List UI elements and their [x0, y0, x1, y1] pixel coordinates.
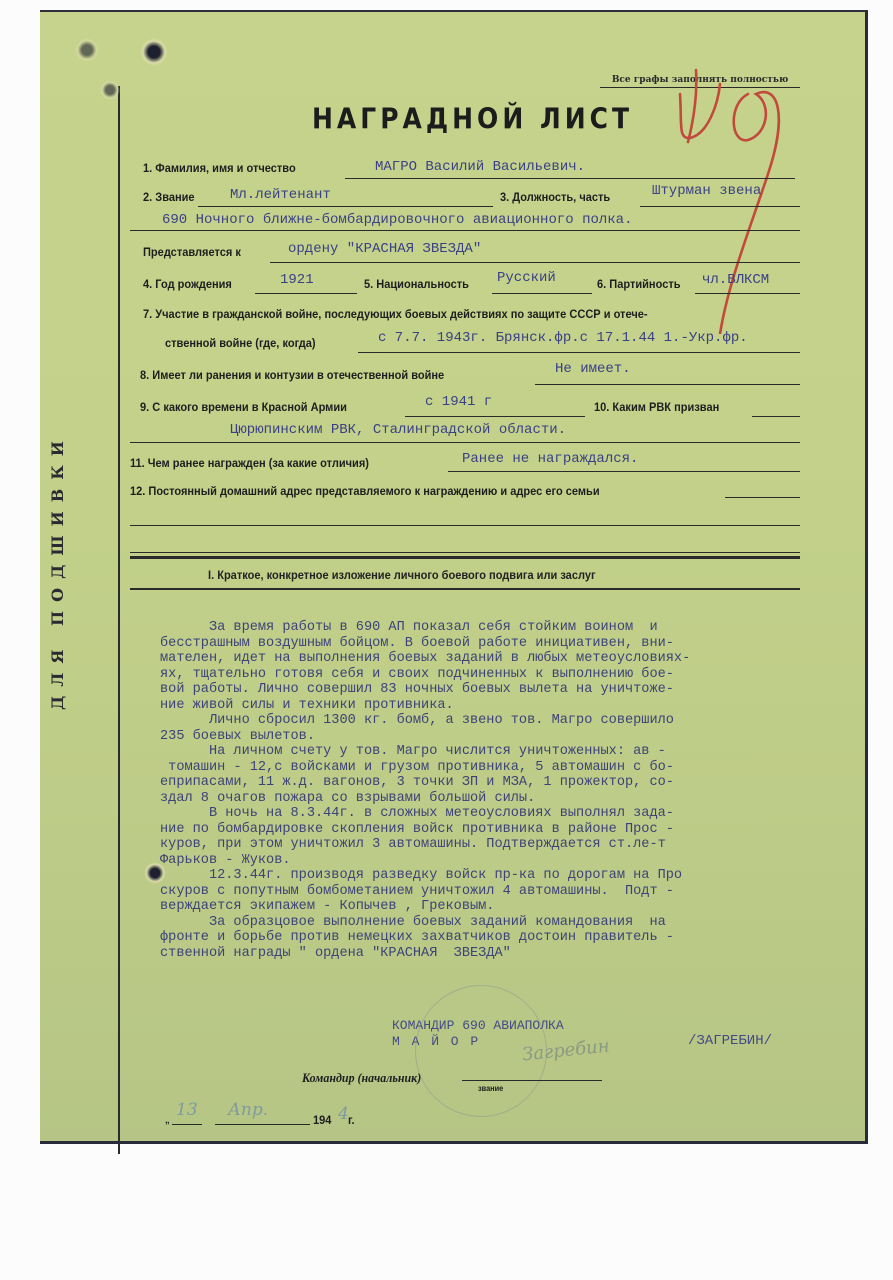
date-day-line	[172, 1124, 202, 1125]
punch-hole	[75, 38, 99, 62]
field-11-line	[448, 471, 800, 472]
date-month: Апр.	[228, 1100, 268, 1120]
field-12-line-2	[130, 525, 800, 526]
narrative-line: бесстрашным воздушным бойцом. В боевой р…	[160, 636, 850, 652]
narrative-line: 12.3.44г. производя разведку войск пр-ка…	[160, 868, 850, 884]
commander-line	[462, 1080, 602, 1081]
field-7-value: с 7.7. 1943г. Брянск.фр.с 17.1.44 1.-Укр…	[378, 330, 748, 346]
field-11-label: 11. Чем ранее награжден (за какие отличи…	[130, 456, 369, 470]
field-4-label: 4. Год рождения	[143, 277, 232, 291]
narrative-line: ние по бомбардировке скопления войск про…	[160, 822, 850, 838]
narrative-line: Лично сбросил 1300 кг. бомб, а звено тов…	[160, 713, 850, 729]
narrative-line: Фарьков - Жуков.	[160, 853, 850, 869]
narrative-line: ственной награды " ордена "КРАСНАЯ ЗВЕЗД…	[160, 946, 850, 962]
commander-label: Командир (начальник)	[302, 1070, 421, 1086]
field-12-label: 12. Постоянный домашний адрес представля…	[130, 484, 600, 498]
field-3-line	[640, 206, 800, 207]
date-month-line	[215, 1124, 310, 1125]
field-3-label: 3. Должность, часть	[500, 190, 610, 204]
narrative-line: ях, тщательно готовя себя и своих подчин…	[160, 667, 850, 683]
section-1-heading: I. Краткое, конкретное изложение личного…	[208, 568, 596, 582]
field-8-value: Не имеет.	[555, 361, 631, 377]
nominated-line	[270, 262, 800, 263]
narrative-line: За образцовое выполнение боевых заданий …	[160, 915, 850, 931]
narrative-line: вой работы. Лично совершил 83 ночных бое…	[160, 682, 850, 698]
field-2-value: Мл.лейтенант	[230, 187, 331, 203]
field-3-line-2	[130, 230, 800, 231]
field-4-value: 1921	[280, 272, 314, 288]
field-9-label: 9. С какого времени в Красной Армии	[140, 400, 347, 414]
field-2-label: 2. Звание	[143, 190, 195, 204]
field-9-line	[405, 416, 585, 417]
field-5-line	[492, 293, 592, 294]
binding-margin-label: ДЛЯ ПОДШИВКИ	[48, 432, 67, 710]
narrative-line: мателен, идет на выполнения боевых задан…	[160, 651, 850, 667]
field-5-value: Русский	[497, 270, 556, 286]
narrative-line: здал 8 очагов пожара со взрывами большой…	[160, 791, 850, 807]
field-11-value: Ранее не награждался.	[462, 451, 638, 467]
date-day: 13	[176, 1100, 198, 1120]
narrative-line: фронте и борьбе против немецких захватчи…	[160, 930, 850, 946]
field-1-line	[345, 178, 795, 179]
field-6-line	[695, 293, 800, 294]
nominated-label: Представляется к	[143, 245, 241, 259]
field-1-value: МАГРО Василий Васильевич.	[375, 159, 585, 175]
date-year-prefix: 194	[313, 1113, 331, 1127]
nominated-value: ордену "КРАСНАЯ ЗВЕЗДА"	[288, 241, 481, 257]
field-1-label: 1. Фамилия, имя и отчество	[143, 161, 296, 175]
field-10-label: 10. Каким РВК призван	[594, 400, 719, 414]
date-year-unit: г.	[348, 1113, 355, 1127]
commander-name: /ЗАГРЕБИН/	[688, 1033, 772, 1049]
field-7-line	[358, 352, 800, 353]
narrative-line: За время работы в 690 АП показал себя ст…	[160, 620, 850, 636]
field-12-line	[725, 497, 800, 498]
field-12-line-3	[130, 552, 800, 553]
field-9-value: с 1941 г	[425, 394, 492, 410]
field-5-label: 5. Национальность	[364, 277, 469, 291]
field-7-label-line2: ственной войне (где, когда)	[165, 336, 316, 350]
section-1-narrative: За время работы в 690 АП показал себя ст…	[160, 620, 850, 961]
field-3-value: Штурман звена	[652, 183, 761, 199]
narrative-line: На личном счету у тов. Магро числится ун…	[160, 744, 850, 760]
narrative-line: В ночь на 8.3.44г. в сложных метеоуслови…	[160, 806, 850, 822]
field-8-label: 8. Имеет ли ранения и контузии в отечест…	[140, 368, 444, 382]
rank-caption: звание	[478, 1084, 503, 1093]
field-6-value: чл.ВЛКСМ	[702, 272, 769, 288]
field-4-line	[255, 293, 357, 294]
field-8-line	[535, 384, 800, 385]
date-quote-open: „	[165, 1115, 170, 1126]
field-6-label: 6. Партийность	[597, 277, 681, 291]
narrative-line: верждается экипажем - Копычев , Грековым…	[160, 899, 850, 915]
narrative-line: скуров с попутным бомбометанием уничтожи…	[160, 884, 850, 900]
binding-margin-line	[118, 86, 120, 1154]
narrative-line: куров, при этом уничтожил 3 автомашины. …	[160, 837, 850, 853]
field-10-line	[752, 416, 800, 417]
narrative-line: 235 боевых вылетов.	[160, 729, 850, 745]
field-10-value: Цюрюпинским РВК, Сталинградской области.	[230, 422, 566, 438]
punch-hole	[100, 80, 120, 100]
section-1-underline	[130, 588, 800, 590]
narrative-line: томашин - 12,с войсками и грузом противн…	[160, 760, 850, 776]
field-3-value-line2: 690 Ночного ближне-бомбардировочного ави…	[162, 212, 632, 228]
field-7-label: 7. Участие в гражданской войне, последую…	[143, 307, 648, 321]
narrative-line: еприпасами, 11 ж.д. вагонов, 3 точки ЗП …	[160, 775, 850, 791]
section-divider	[130, 556, 800, 559]
narrative-line: ние живой силы и техники противника.	[160, 698, 850, 714]
punch-hole	[140, 38, 168, 66]
official-seal-icon	[415, 985, 547, 1117]
field-10-line-2	[130, 442, 800, 443]
document-title: НАГРАДНОЙ ЛИСТ	[312, 102, 633, 135]
field-2-line	[198, 206, 493, 207]
